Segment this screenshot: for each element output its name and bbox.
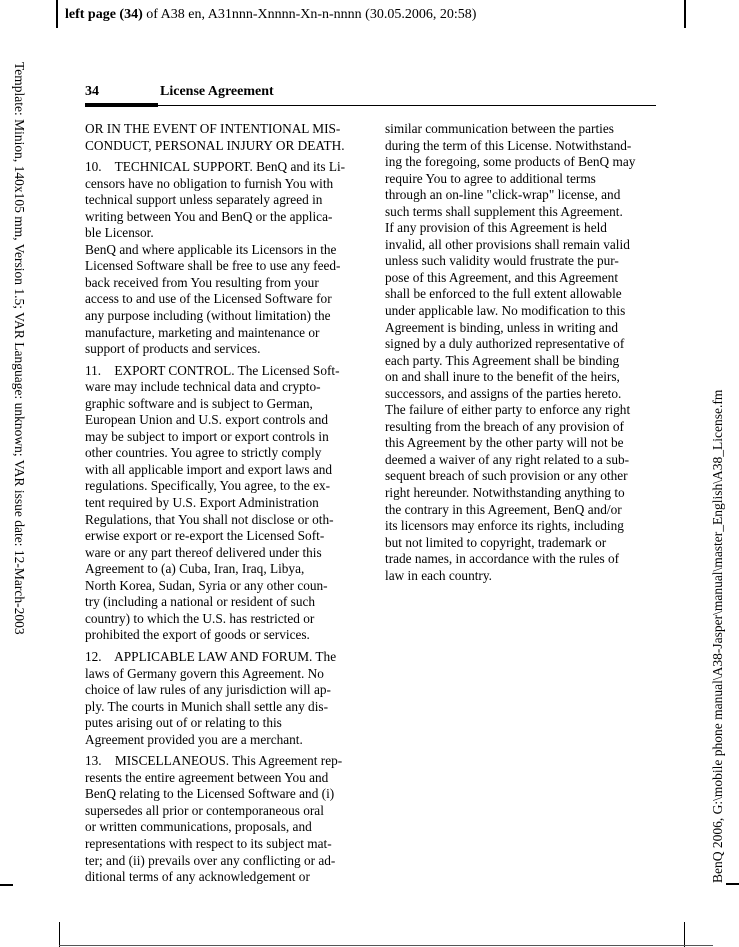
crop-mark-left-edge — [0, 884, 13, 886]
paragraph-10-feedback: BenQ and where applicable its Licensors … — [85, 242, 363, 358]
file-path-margin-note: BenQ 2006, G:\mobile phone manual\A38-Ja… — [710, 390, 726, 883]
left-column: OR IN THE EVENT OF INTENTIONAL MIS- COND… — [85, 121, 363, 886]
crop-mark-top-right — [684, 0, 686, 28]
paragraph-11-export-control: 11. EXPORT CONTROL. The Licensed Soft- w… — [85, 363, 363, 644]
paragraph-13-continuation: similar communication between the partie… — [385, 121, 659, 584]
proof-header: left page (34) of A38 en, A31nnn-Xnnnn-X… — [65, 7, 476, 23]
header-rule — [85, 105, 656, 106]
page-number: 34 — [85, 84, 99, 100]
paragraph-12-applicable-law: 12. APPLICABLE LAW AND FORUM. The laws o… — [85, 649, 363, 748]
crop-mark-bottom-right — [684, 922, 685, 947]
paragraph-13-miscellaneous: 13. MISCELLANEOUS. This Agreement rep- r… — [85, 753, 363, 885]
right-column: similar communication between the partie… — [385, 121, 659, 584]
proof-header-details: of A38 en, A31nnn-Xnnnn-Xn-n-nnnn (30.05… — [143, 7, 477, 22]
crop-mark-right-edge — [726, 883, 739, 885]
crop-mark-top-left — [56, 0, 58, 28]
proof-header-page-label: left page (34) — [65, 7, 143, 22]
paragraph-10-technical-support: 10. TECHNICAL SUPPORT. BenQ and its Li- … — [85, 159, 363, 242]
template-margin-note: Template: Minion, 140x105 mm, Version 1.… — [11, 62, 27, 635]
paragraph-continued-caps: OR IN THE EVENT OF INTENTIONAL MIS- COND… — [85, 121, 363, 154]
header-rule-thick-segment — [85, 103, 158, 107]
page-bottom-edge-line — [59, 945, 713, 946]
page-title: License Agreement — [160, 84, 274, 100]
crop-mark-bottom-left — [59, 922, 60, 947]
